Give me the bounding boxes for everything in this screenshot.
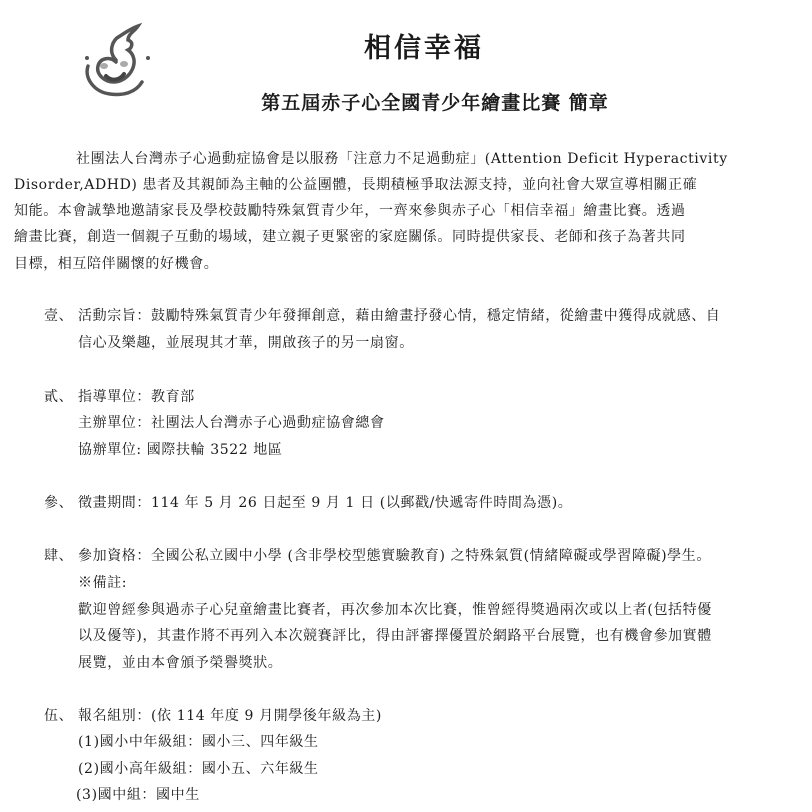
intro-line: 知能。本會誠摯地邀請家長及學校鼓勵特殊氣質青少年，一齊來參與赤子心「相信幸福」繪… [14, 202, 686, 220]
section-number: 貳、 [44, 388, 73, 406]
intro-line: 社團法人台灣赤子心過動症協會是以服務「注意力不足過動症」(Attention D… [76, 150, 728, 168]
section-purpose-line: 信心及樂趣，並展現其才華，開啟孩子的另一扇窗。 [78, 334, 414, 352]
organizer-unit: 主辦單位：社團法人台灣赤子心過動症協會總會 [78, 414, 385, 432]
group-item: (3)國中組：國中生 [76, 786, 200, 804]
co-organizer-unit: 協辦單位: 國際扶輪 3522 地區 [78, 441, 283, 459]
page-title: 相信幸福 [0, 26, 812, 65]
submission-period: 徵畫期間：114 年 5 月 26 日起至 9 月 1 日 (以郵戳/快遞寄件時… [78, 494, 572, 512]
group-item: (2)國小高年級組：國小五、六年級生 [78, 760, 319, 778]
remark-line: 歡迎曾經參與過赤子心兒童繪畫比賽者，再次參加本次比賽，惟曾經得獎過兩次或以上者(… [78, 601, 712, 619]
section-number: 參、 [44, 494, 73, 512]
remark-label: ※備註: [78, 574, 127, 592]
intro-line: 目標，相互陪伴關懷的好機會。 [14, 255, 218, 273]
guiding-unit: 指導單位：教育部 [78, 388, 195, 406]
section-purpose-line: 活動宗旨：鼓勵特殊氣質青少年發揮創意，藉由繪畫抒發心情，穩定情緒，從繪畫中獲得成… [78, 307, 720, 325]
group-item: (1)國小中年級組：國小三、四年級生 [78, 733, 319, 751]
eligibility-line: 參加資格：全國公私立國中小學 (含非學校型態實驗教育) 之特殊氣質(情緒障礙或學… [78, 547, 711, 565]
intro-line: 繪畫比賽，創造一個親子互動的場域，建立親子更緊密的家庭關係。同時提供家長、老師和… [14, 228, 686, 246]
section-number: 壹、 [44, 307, 73, 325]
section-number: 肆、 [44, 547, 73, 565]
section-number: 伍、 [44, 707, 73, 725]
registration-groups: 報名組別：(依 114 年度 9 月開學後年級為主) [78, 707, 382, 725]
intro-line: Disorder,ADHD) 患者及其親師為主軸的公益團體，長期積極爭取法源支持… [14, 176, 697, 194]
remark-line: 展覽，並由本會頒予榮譽獎狀。 [78, 654, 282, 672]
page-subtitle: 第五屆赤子心全國青少年繪畫比賽 簡章 [0, 88, 812, 115]
remark-line: 以及優等)，其畫作將不再列入本次競賽評比，得由評審擇優置於網路平台展覽，也有機會… [78, 627, 712, 645]
